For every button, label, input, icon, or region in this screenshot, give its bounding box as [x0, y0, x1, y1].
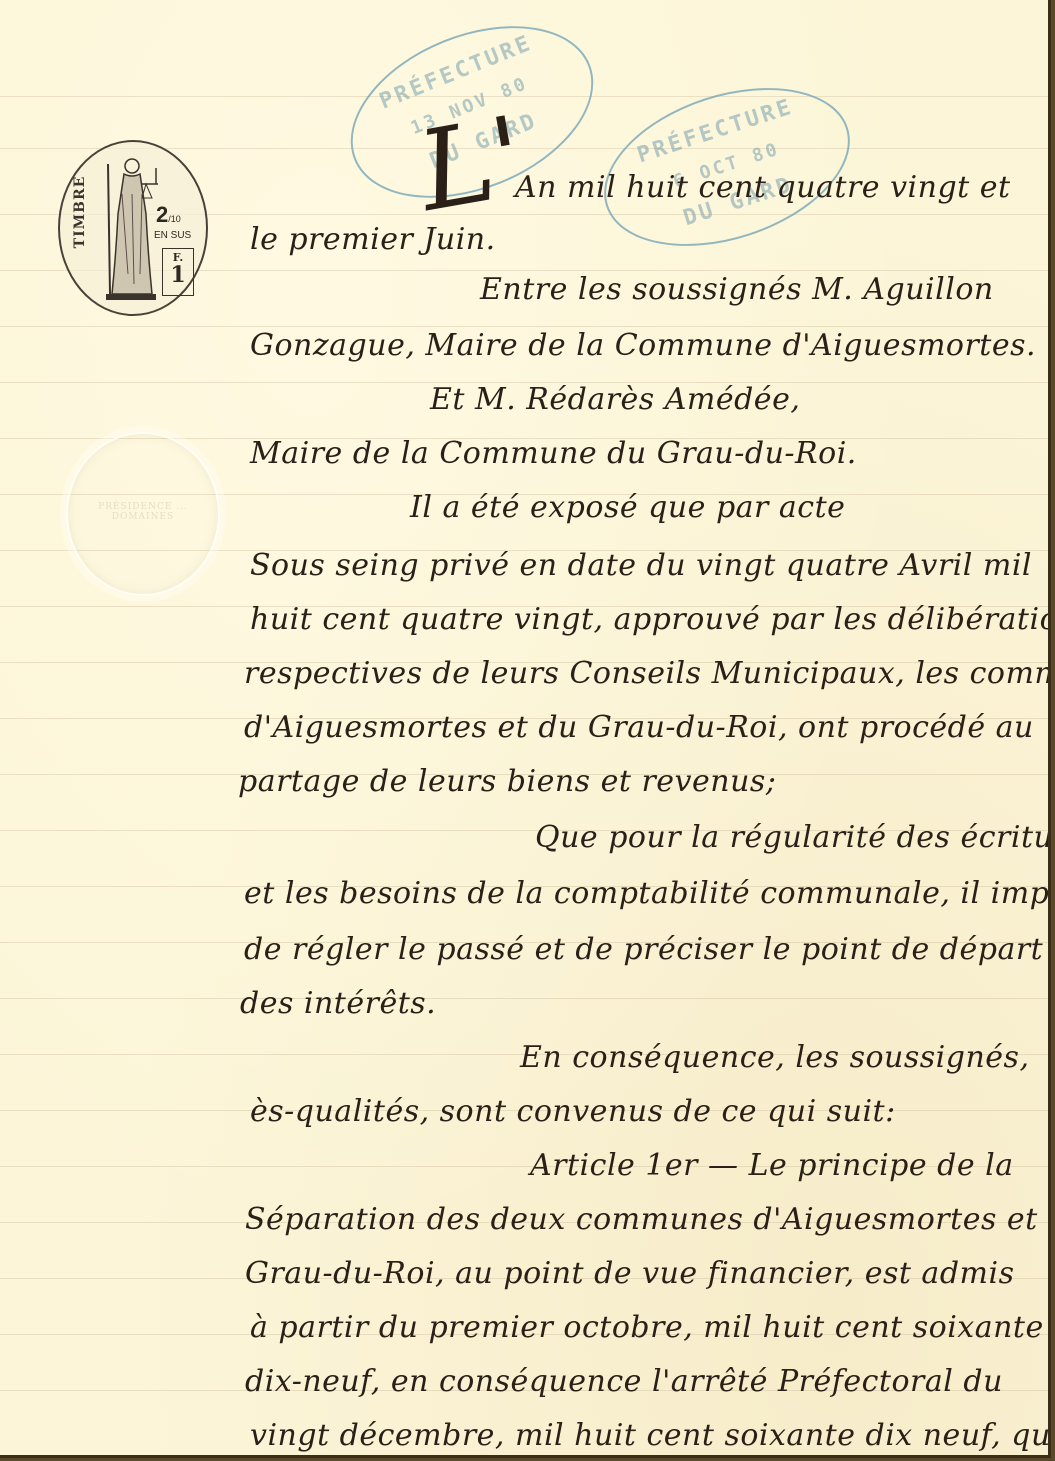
text-line: Sous seing privé en date du vingt quatre… — [250, 548, 1032, 583]
text-line: Entre les soussignés M. Aguillon — [480, 272, 994, 307]
stamp-label: TIMBRE — [72, 172, 88, 252]
ruled-line — [0, 998, 1048, 999]
text-line: ès-qualités, sont convenus de ce qui sui… — [250, 1094, 896, 1129]
text-line: Grau-du-Roi, au point de vue financier, … — [245, 1256, 1014, 1291]
text-line: Séparation des deux communes d'Aiguesmor… — [245, 1202, 1051, 1237]
decorative-initial: L' — [410, 92, 534, 236]
fraction-numerator: 2 — [156, 202, 168, 227]
text-line: En conséquence, les soussignés, — [520, 1040, 1029, 1075]
fiscal-stamp: TIMBRE 2/10 EN SUS F. 1 — [58, 140, 208, 316]
text-line: Article 1er — Le principe de la — [530, 1148, 1014, 1183]
text-line: et les besoins de la comptabilité commun… — [244, 876, 1051, 911]
text-line: dix-neuf, en conséquence l'arrêté Préfec… — [245, 1364, 1003, 1399]
text-line: des intérêts. — [240, 986, 436, 1021]
text-line: Gonzague, Maire de la Commune d'Aiguesmo… — [250, 328, 1036, 363]
text-line: Et M. Rédarès Amédée, — [430, 382, 800, 417]
embossed-seal: PRÉSIDENCE ... DOMAINES — [66, 432, 220, 596]
ruled-line — [0, 326, 1048, 327]
document-page: TIMBRE 2/10 EN SUS F. 1 PRÉFECTURE 13 NO… — [0, 0, 1051, 1458]
prefecture-postmark: PRÉFECTURE 6 OCT 80 DU GARD — [584, 59, 870, 274]
text-line: Il a été exposé que par acte — [410, 490, 845, 525]
text-line: d'Aiguesmortes et du Grau-du-Roi, ont pr… — [244, 710, 1034, 745]
text-line: le premier Juin. — [250, 222, 496, 257]
stamp-en-sus: EN SUS — [154, 230, 191, 241]
text-line: Que pour la régularité des écritures — [535, 820, 1051, 855]
text-line: de régler le passé et de préciser le poi… — [244, 932, 1043, 967]
text-line: à partir du premier octobre, mil huit ce… — [250, 1310, 1044, 1345]
seal-text: PRÉSIDENCE ... DOMAINES — [68, 502, 218, 522]
text-line: partage de leurs biens et revenus; — [238, 764, 776, 799]
text-line: Maire de la Commune du Grau-du-Roi. — [250, 436, 857, 471]
denomination-value: 1 — [163, 264, 193, 286]
stamp-fraction: 2/10 — [156, 204, 181, 226]
justice-figure-icon — [102, 154, 158, 304]
fraction-denominator: 10 — [171, 214, 181, 224]
text-line: huit cent quatre vingt, approuvé par les… — [250, 602, 1051, 637]
text-line: respectives de leurs Conseils Municipaux… — [244, 656, 1051, 691]
text-line: An mil huit cent quatre vingt et — [515, 170, 1011, 205]
text-line: vingt décembre, mil huit cent soixante d… — [250, 1418, 1051, 1453]
stamp-denomination: F. 1 — [162, 248, 194, 296]
